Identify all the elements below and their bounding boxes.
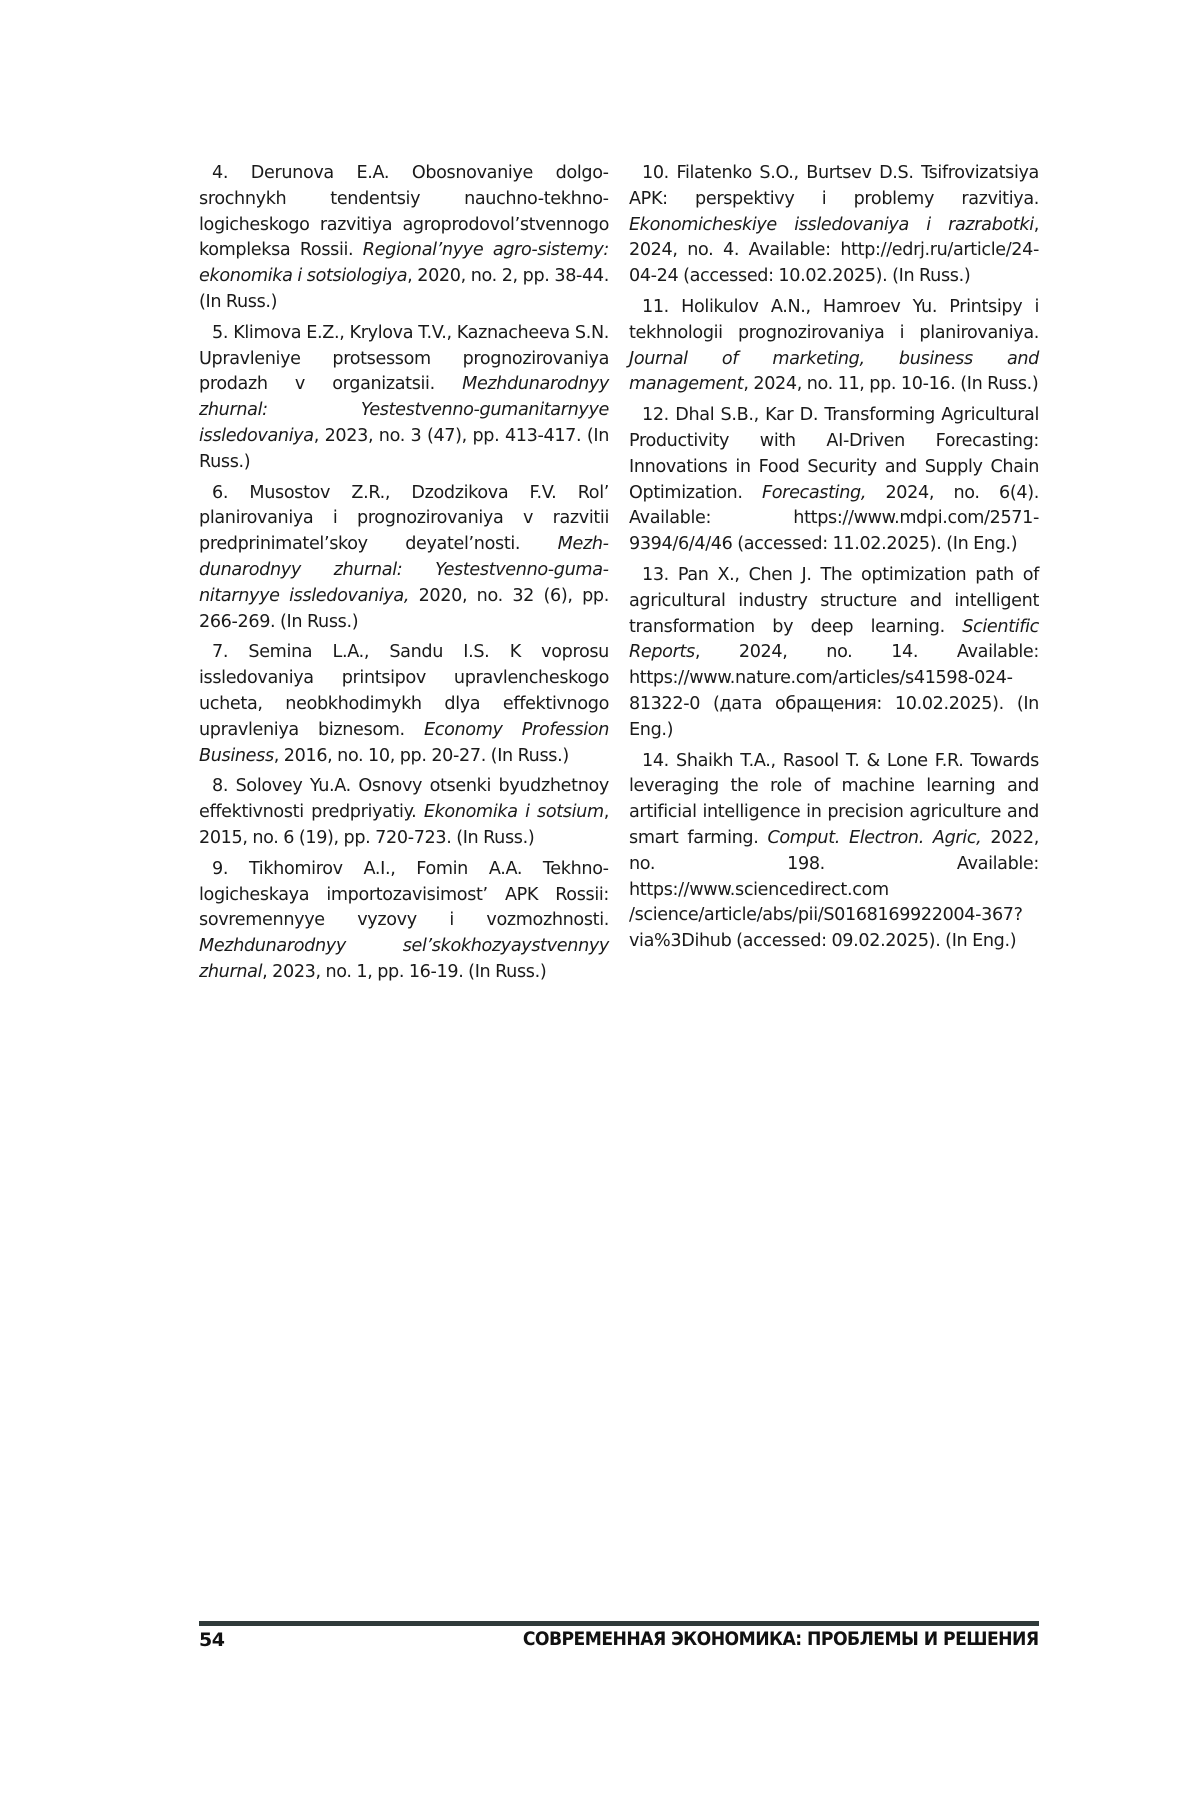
reference-number: 4. xyxy=(212,163,228,183)
reference-item: 7. Semina L.A., Sandu I.S. K voprosu iss… xyxy=(199,640,609,769)
reference-details: , 2016, no. 10, pp. 20-27. (In Russ.) xyxy=(274,746,569,766)
reference-number: 14. xyxy=(642,751,669,771)
reference-item: 14. Shaikh T.A., Rasool T. & Lone F.R. T… xyxy=(629,749,1039,955)
reference-number: 7. xyxy=(212,642,228,662)
reference-item: 4. Derunova E.A. Obosnovaniye dolgo­sroc… xyxy=(199,161,609,316)
references-right-column: 10. Filatenko S.O., Burtsev D.S. Tsi­fro… xyxy=(629,161,1039,960)
reference-journal: Ekonomicheskiye issledovaniya i razrabot… xyxy=(629,215,1034,235)
reference-number: 9. xyxy=(212,859,228,879)
reference-number: 13. xyxy=(642,565,669,585)
reference-item: 8. Solovey Yu.A. Osnovy otsenki byud­zhe… xyxy=(199,774,609,851)
reference-item: 11. Holikulov A.N., Hamroev Yu. Print­si… xyxy=(629,295,1039,398)
reference-item: 6. Musostov Z.R., Dzodzikova F.V. Rol’ p… xyxy=(199,481,609,636)
reference-number: 12. xyxy=(642,405,669,425)
page-number: 54 xyxy=(199,1629,224,1651)
reference-number: 8. xyxy=(212,776,228,796)
reference-details: , 2023, no. 1, pp. 16-19. (In Russ.) xyxy=(262,962,546,982)
reference-details: , 2024, no. 11, pp. 10-16. (In Russ.) xyxy=(743,374,1038,394)
reference-item: 9. Tikhomirov A.I., Fomin A.A. Tekhno­lo… xyxy=(199,857,609,986)
reference-item: 5. Klimova E.Z., Krylova T.V., Kazna­che… xyxy=(199,321,609,476)
reference-number: 6. xyxy=(212,483,228,503)
reference-text: Tikhomirov A.I., Fomin A.A. Tekhno­logic… xyxy=(199,859,609,931)
reference-item: 10. Filatenko S.O., Burtsev D.S. Tsi­fro… xyxy=(629,161,1039,290)
journal-title: СОВРЕМЕННАЯ ЭКОНОМИКА: ПРОБЛЕМЫ И РЕШЕНИ… xyxy=(523,1629,1039,1650)
reference-text: Holikulov A.N., Hamroev Yu. Print­sipy i… xyxy=(629,297,1039,343)
references-left-column: 4. Derunova E.A. Obosnovaniye dolgo­sroc… xyxy=(199,161,609,991)
reference-text: Musostov Z.R., Dzodzikova F.V. Rol’ plan… xyxy=(199,483,609,555)
reference-item: 12. Dhal S.B., Kar D. Transforming Agric… xyxy=(629,403,1039,558)
reference-number: 11. xyxy=(642,297,669,317)
reference-number: 5. xyxy=(212,323,228,343)
reference-item: 13. Pan X., Chen J. The optimization pat… xyxy=(629,563,1039,744)
reference-journal: Fore­casting, xyxy=(762,483,866,503)
footer-divider xyxy=(199,1621,1039,1626)
reference-number: 10. xyxy=(642,163,669,183)
reference-journal: Ekono­mika i sotsium xyxy=(424,802,604,822)
reference-journal: Comput. Electron. Agric, xyxy=(767,828,981,848)
reference-text: Filatenko S.O., Burtsev D.S. Tsi­froviza… xyxy=(629,163,1039,209)
